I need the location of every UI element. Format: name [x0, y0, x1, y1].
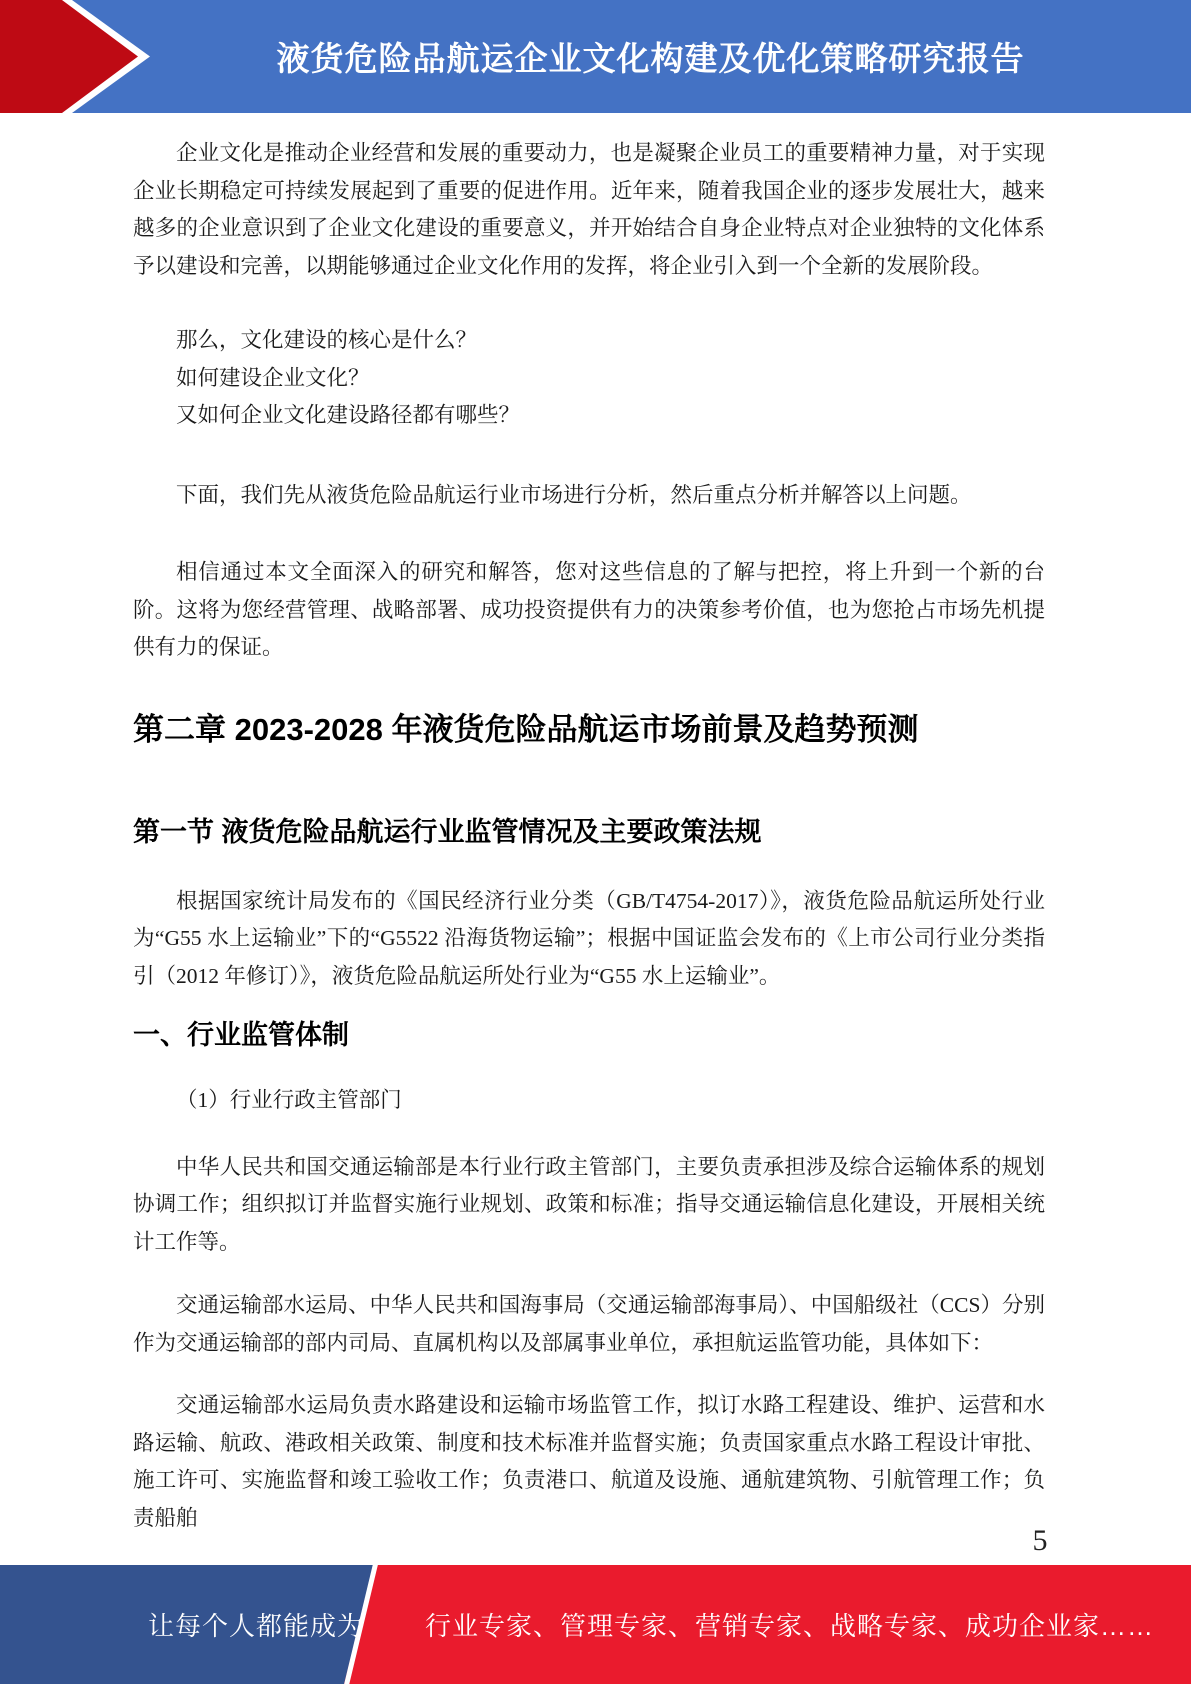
paragraph-water-bureau: 交通运输部水运局负责水路建设和运输市场监管工作，拟订水路工程建设、维护、运营和水… — [133, 1387, 1045, 1537]
question-line-2: 如何建设企业文化？ — [133, 360, 1045, 398]
page-footer-banner: 让每个人都能成为 行业专家、管理专家、营销专家、战略专家、成功企业家…… — [0, 1565, 1191, 1684]
footer-slogan-right: 行业专家、管理专家、营销专家、战略专家、成功企业家…… — [425, 1565, 1154, 1684]
list-item-authority: （1）行业行政主管部门 — [133, 1082, 1045, 1120]
paragraph-ministry: 中华人民共和国交通运输部是本行业行政主管部门，主要负责承担涉及综合运输体系的规划… — [133, 1149, 1045, 1262]
page-header-banner: 液货危险品航运企业文化构建及优化策略研究报告 — [0, 0, 1191, 113]
header-title-wrap: 液货危险品航运企业文化构建及优化策略研究报告 — [150, 0, 1151, 129]
red-chevron-arrow-icon — [0, 0, 160, 113]
document-content: 企业文化是推动企业经营和发展的重要动力，也是凝聚企业员工的重要精神力量，对于实现… — [133, 113, 1045, 1537]
report-page: 液货危险品航运企业文化构建及优化策略研究报告 企业文化是推动企业经营和发展的重要… — [0, 0, 1191, 1684]
paragraph-intro: 企业文化是推动企业经营和发展的重要动力，也是凝聚企业员工的重要精神力量，对于实现… — [133, 135, 1045, 285]
paragraph-agencies: 交通运输部水运局、中华人民共和国海事局（交通运输部海事局）、中国船级社（CCS）… — [133, 1287, 1045, 1362]
question-line-3: 又如何企业文化建设路径都有哪些？ — [133, 397, 1045, 435]
chapter-heading: 第二章 2023-2028 年液货危险品航运市场前景及趋势预测 — [133, 707, 1045, 752]
paragraph-value: 相信通过本文全面深入的研究和解答，您对这些信息的了解与把控，将上升到一个新的台阶… — [133, 554, 1045, 667]
report-title: 液货危险品航运企业文化构建及优化策略研究报告 — [277, 33, 1025, 80]
paragraph-classification: 根据国家统计局发布的《国民经济行业分类（GB/T4754-2017）》，液货危险… — [133, 883, 1045, 996]
footer-slogan-left: 让每个人都能成为 — [148, 1565, 364, 1684]
paragraph-transition: 下面，我们先从液货危险品航运行业市场进行分析，然后重点分析并解答以上问题。 — [133, 477, 1045, 515]
question-line-1: 那么，文化建设的核心是什么？ — [133, 322, 1045, 360]
page-number: 5 — [1016, 1524, 1064, 1558]
section-heading: 第一节 液货危险品航运行业监管情况及主要政策法规 — [133, 812, 1045, 852]
subsection-heading: 一、行业监管体制 — [133, 1015, 1045, 1055]
